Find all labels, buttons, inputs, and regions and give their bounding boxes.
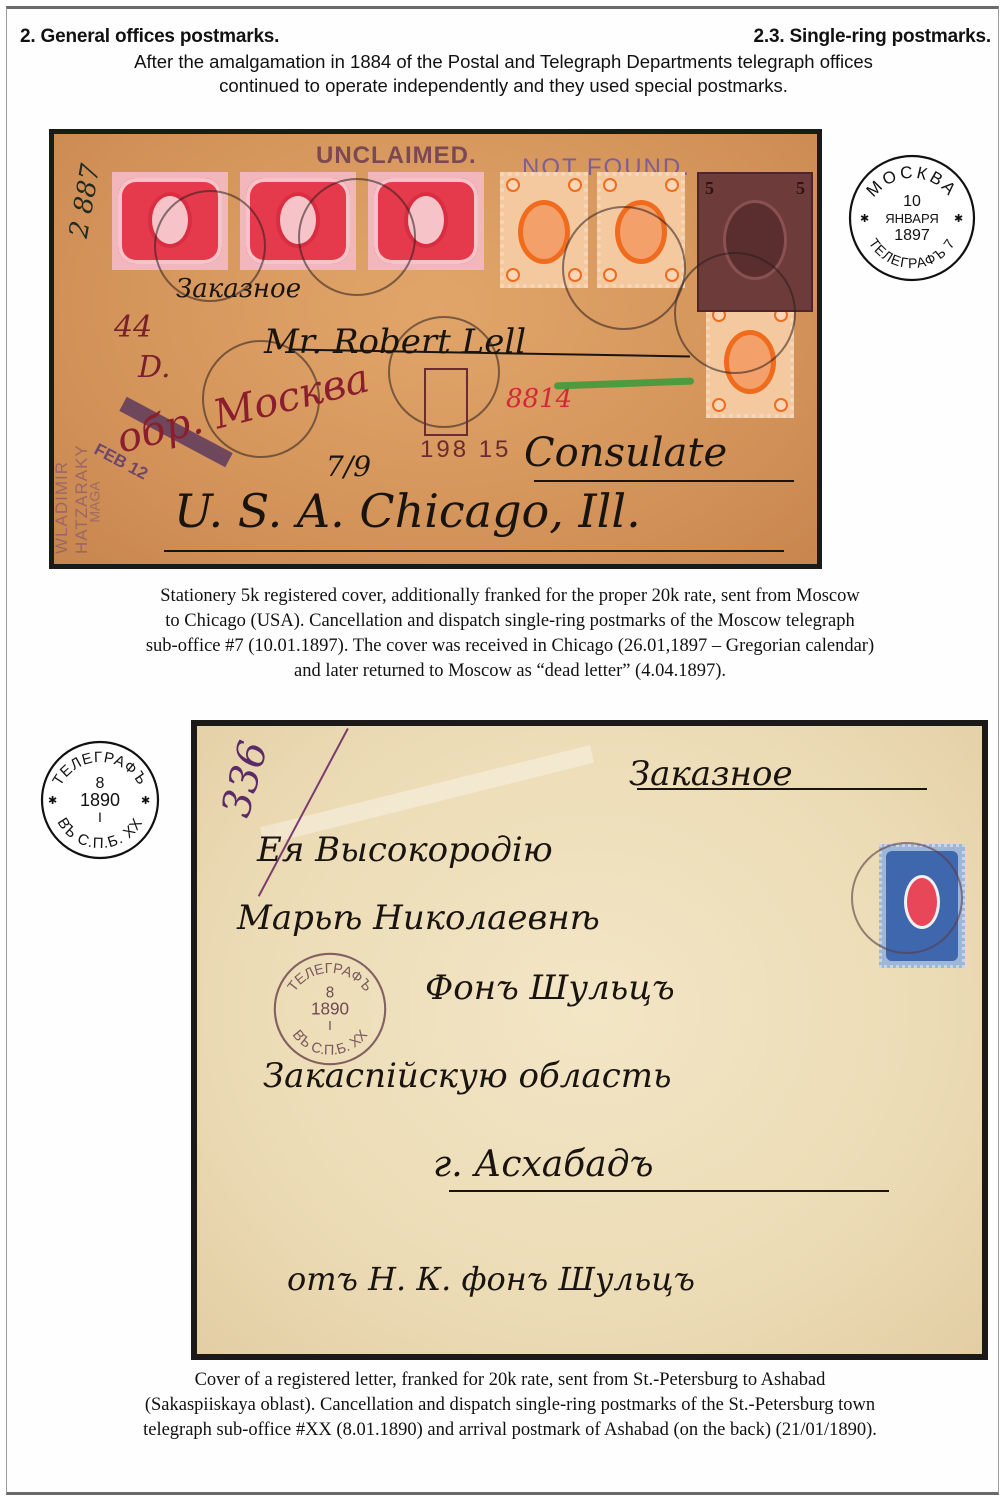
- postmark-moskva: [674, 252, 796, 374]
- postmark-year: 1897: [894, 227, 930, 244]
- section-title: 2. General offices postmarks.: [20, 26, 279, 48]
- cover-moscow-chicago: UNCLAIMED. NOT FOUND. 2 887: [49, 129, 822, 569]
- postmark-month: I: [98, 809, 102, 825]
- red-notation: 44: [114, 310, 152, 345]
- postmark-year: 1890: [80, 790, 120, 810]
- svg-text:✱: ✱: [860, 213, 869, 225]
- intro-text: After the amalgamation in 1884 of the Po…: [0, 50, 1007, 98]
- caption-line: to Chicago (USA). Cancellation and dispa…: [40, 609, 980, 634]
- indicium-value: 5: [705, 178, 714, 199]
- sender-imprint-2: MAGA: [87, 481, 103, 522]
- underline: [637, 788, 927, 790]
- sender-imprint: WLADIMIR HATZARAKY: [54, 354, 92, 554]
- address-line: Ея Высокородію: [257, 830, 553, 870]
- pencil-notation: 2 887: [64, 162, 106, 241]
- postmark-telegraph: [298, 178, 416, 296]
- postmark-month: I: [328, 1018, 332, 1033]
- address-line: Mr. Robert Lell: [264, 322, 526, 362]
- svg-text:✱: ✱: [141, 795, 150, 807]
- intro-line: continued to operate independently and t…: [0, 74, 1007, 98]
- caption-line: sub-office #7 (10.01.1897). The cover wa…: [40, 634, 980, 659]
- cover-stpetersburg-ashabad: 336 Заказное Ея Высокородію Марьѣ Никола…: [191, 720, 988, 1360]
- address-line: Заказное: [176, 274, 301, 304]
- sender-line: отъ Н. К. фонъ Шульцъ: [287, 1260, 695, 1298]
- postmark-day: 10: [903, 193, 921, 210]
- svg-text:✱: ✱: [48, 795, 57, 807]
- postmark-illustration-stpetersburg: ТЕЛЕГРАФЪ ВЪ С.П.Б. XX 8 1890 I ✱ ✱: [38, 738, 162, 862]
- subsection-title: 2.3. Single-ring postmarks.: [754, 26, 991, 48]
- caption-line: telegraph sub-office #XX (8.01.1890) and…: [40, 1418, 980, 1443]
- postmark-illustration-moscow: МОСКВА ТЕЛЕГРАФЪ 7 10 ЯНВАРЯ 1897 ✱ ✱: [846, 152, 978, 284]
- cover-paper: UNCLAIMED. NOT FOUND. 2 887: [54, 134, 817, 564]
- notation: 7/9: [326, 450, 371, 483]
- address-line: Consulate: [524, 430, 727, 476]
- underline: [449, 1190, 889, 1192]
- address-line: Марьѣ Николаевнѣ: [237, 898, 600, 938]
- caption-line: Cover of a registered letter, franked fo…: [40, 1368, 980, 1393]
- address-line: U. S. A. Chicago, Ill.: [174, 484, 641, 538]
- unclaimed-handstamp: UNCLAIMED.: [316, 142, 477, 170]
- caption-line: Stationery 5k registered cover, addition…: [40, 584, 980, 609]
- cover-2-caption: Cover of a registered letter, franked fo…: [40, 1368, 980, 1443]
- red-notation: D.: [138, 350, 171, 385]
- postmark-month: ЯНВАРЯ: [885, 211, 938, 226]
- green-crayon-stroke: [554, 378, 694, 390]
- address-line: Фонъ Шульцъ: [425, 968, 675, 1008]
- caption-line: and later returned to Moscow as “dead le…: [40, 659, 980, 684]
- caption-line: (Sakaspiiskaya oblast). Cancellation and…: [40, 1393, 980, 1418]
- underline: [164, 550, 784, 552]
- intro-line: After the amalgamation in 1884 of the Po…: [0, 50, 1007, 74]
- registry-number: 198 15: [420, 436, 511, 464]
- underline: [534, 480, 794, 482]
- svg-text:✱: ✱: [954, 213, 963, 225]
- postmark-telegraph-spb: ТЕЛЕГРАФЪ ВЪ С.П.Б. XX 8 1890 I: [271, 950, 389, 1068]
- indicium-value: 5: [796, 178, 805, 199]
- cover-paper: 336 Заказное Ея Высокородію Марьѣ Никола…: [197, 726, 982, 1354]
- postmark-year: 1890: [311, 1000, 349, 1019]
- registration-number: 336: [213, 736, 277, 822]
- registration-label: [424, 368, 468, 436]
- postmark-telegraph: [851, 842, 963, 954]
- address-line: г. Асхабадъ: [433, 1144, 654, 1185]
- postmark-moskva: [562, 206, 686, 330]
- cover-1-caption: Stationery 5k registered cover, addition…: [40, 584, 980, 684]
